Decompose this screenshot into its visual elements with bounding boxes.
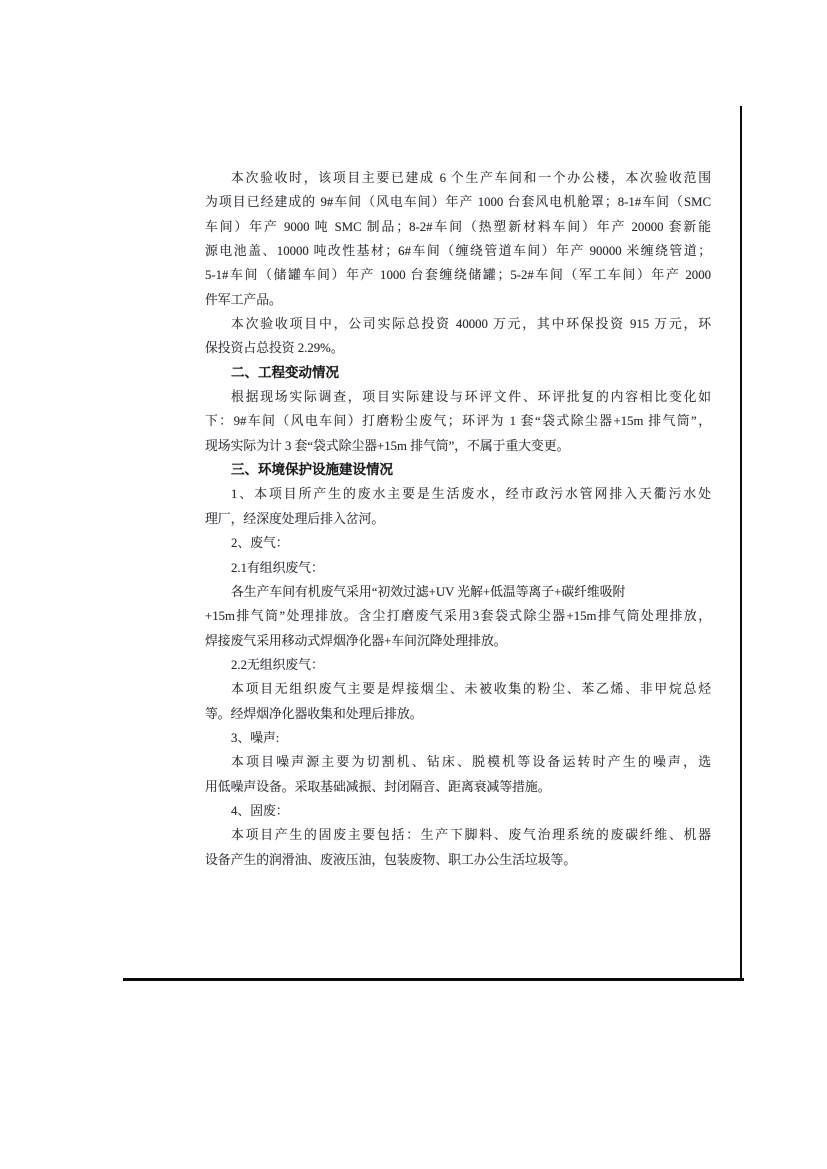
text-line: 源电池盖、10000 吨改性基材；6#车间（缠绕管道车间）年产 90000 米缠… [205, 239, 711, 263]
text-line: 4、固废： [205, 799, 711, 823]
scan-right-edge-line [740, 106, 742, 980]
text-line: 本项目产生的固废主要包括：生产下脚料、废气治理系统的废碳纤维、机器 [205, 823, 711, 847]
text-line: 本项目无组织废气主要是焊接烟尘、未被收集的粉尘、苯乙烯、非甲烷总烃 [205, 677, 711, 701]
text-line: 3、噪声: [205, 726, 711, 750]
document-text-block: 本次验收时，该项目主要已建成 6 个生产车间和一个办公楼，本次验收范围为项目已经… [205, 166, 711, 872]
text-line: 等。经焊烟净化器收集和处理后排放。 [205, 702, 711, 726]
text-line: 下：9#车间（风电车间）打磨粉尘废气；环评为 1 套“袋式除尘器+15m 排气筒… [205, 409, 711, 433]
text-line: 本项目噪声源主要为切割机、钻床、脱模机等设备运转时产生的噪声，选 [205, 750, 711, 774]
scan-bottom-edge-line [123, 978, 744, 981]
text-line: 1、本项目所产生的废水主要是生活废水，经市政污水管网排入天衢污水处 [205, 482, 711, 506]
text-line: 车间）年产 9000 吨 SMC 制品；8-2#车间（热塑新材料车间）年产 20… [205, 215, 711, 239]
text-line: +15m排气筒”处理排放。含尘打磨废气采用3套袋式除尘器+15m排气筒处理排放， [205, 604, 711, 628]
text-line: 本次验收时，该项目主要已建成 6 个生产车间和一个办公楼，本次验收范围 [205, 166, 711, 190]
text-line: 为项目已经建成的 9#车间（风电车间）年产 1000 台套风电机舱罩；8-1#车… [205, 190, 711, 214]
text-line: 设备产生的润滑油、废液压油，包装废物、职工办公生活垃圾等。 [205, 848, 711, 872]
text-line: 5-1#车间（储罐车间）年产 1000 台套缠绕储罐；5-2#车间（军工车间）年… [205, 263, 711, 287]
text-line: 焊接废气采用移动式焊烟净化器+车间沉降处理排放。 [205, 629, 711, 653]
document-page: 本次验收时，该项目主要已建成 6 个生产车间和一个办公楼，本次验收范围为项目已经… [0, 0, 827, 1169]
text-line: 现场实际为计 3 套“袋式除尘器+15m 排气筒”，不属于重大变更。 [205, 434, 711, 458]
text-line: 保投资占总投资 2.29%。 [205, 336, 711, 360]
text-line: 2、废气： [205, 531, 711, 555]
text-line: 2.2无组织废气： [205, 653, 711, 677]
text-line: 根据现场实际调查，项目实际建设与环评文件、环评批复的内容相比变化如 [205, 385, 711, 409]
section-heading: 二、工程变动情况 [205, 361, 711, 385]
text-line: 各生产车间有机废气采用“初效过滤+UV 光解+低温等离子+碳纤维吸附 [205, 580, 711, 604]
text-line: 2.1有组织废气： [205, 556, 711, 580]
text-line: 理厂，经深度处理后排入岔河。 [205, 507, 711, 531]
text-line: 用低噪声设备。采取基础减振、封闭隔音、距离衰减等措施。 [205, 775, 711, 799]
text-line: 件军工产品。 [205, 288, 711, 312]
text-line: 本次验收项目中，公司实际总投资 40000 万元，其中环保投资 915 万元，环 [205, 312, 711, 336]
section-heading: 三、环境保护设施建设情况 [205, 458, 711, 482]
